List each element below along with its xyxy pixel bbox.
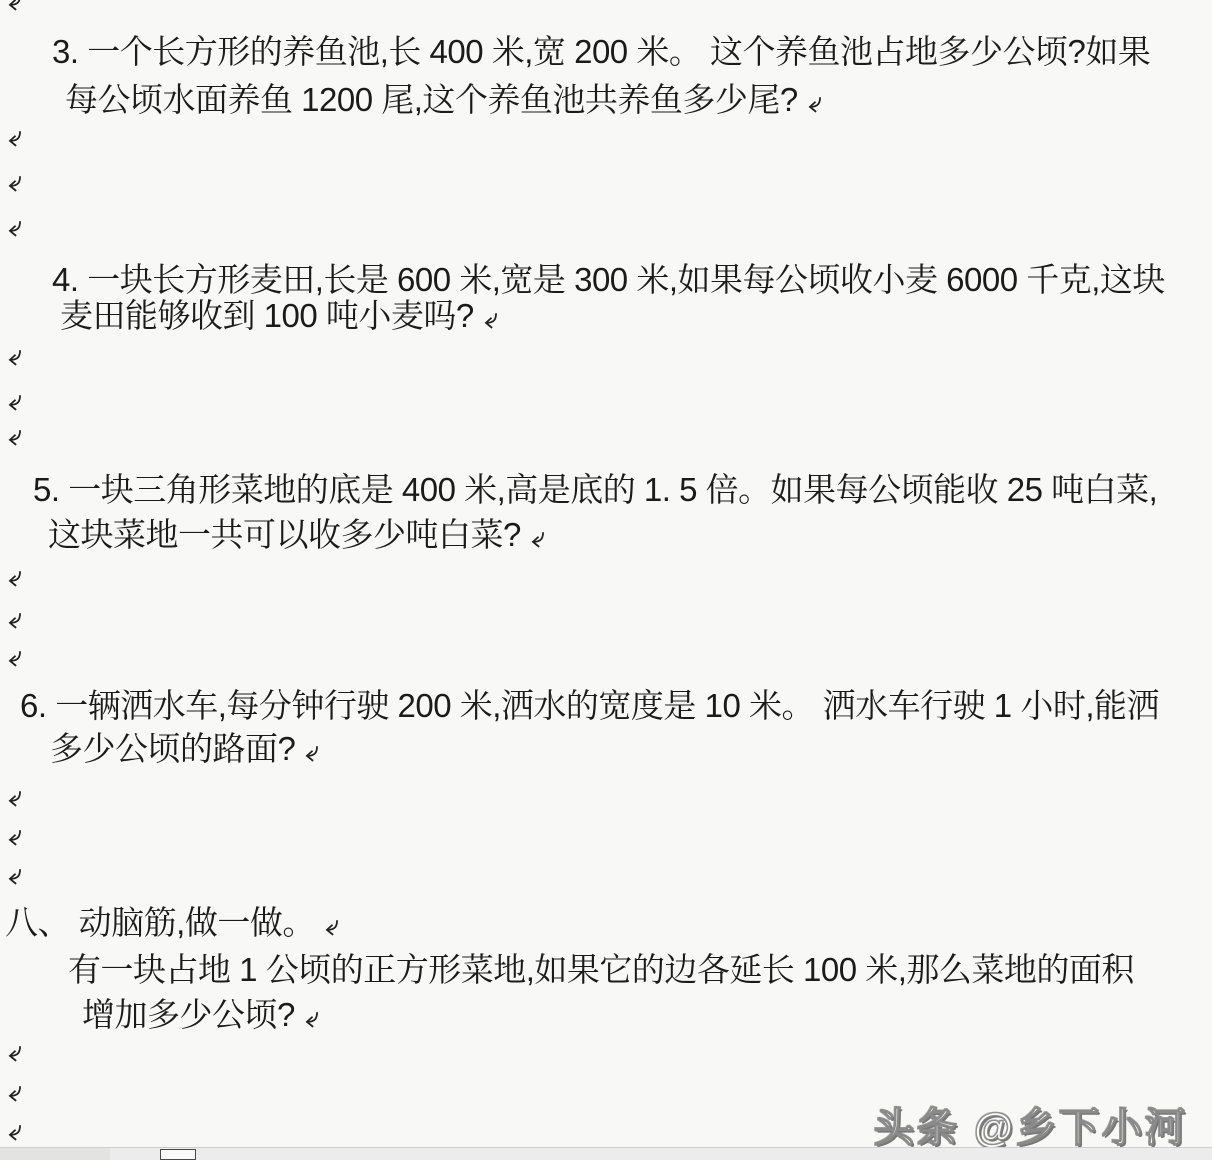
problem-4-line-2: 麦田能够收到 100 吨小麦吗?	[60, 293, 500, 339]
section-8-line-2: 增加多少公顷?	[82, 992, 321, 1038]
paragraph-mark-icon	[6, 427, 24, 447]
section-8-title-line: 八、 动脑筋,做一做。	[5, 900, 341, 946]
problem-6-text-1: 6. 一辆洒水车,每分钟行驶 200 米,洒水的宽度是 10 米。 洒水车行驶 …	[20, 687, 1159, 724]
problem-6-line-1: 6. 一辆洒水车,每分钟行驶 200 米,洒水的宽度是 10 米。 洒水车行驶 …	[20, 683, 1159, 729]
paragraph-mark-icon	[6, 568, 24, 588]
problem-5-line-2: 这块菜地一共可以收多少吨白菜?	[48, 512, 547, 558]
problem-3-line-1: 3. 一个长方形的养鱼池,长 400 米,宽 200 米。 这个养鱼池占地多少公…	[52, 29, 1150, 75]
paragraph-mark-icon	[6, 0, 24, 12]
section-8-text-2: 增加多少公顷?	[82, 996, 295, 1033]
paragraph-mark-icon	[6, 218, 24, 238]
problem-5-text-1: 5. 一块三角形菜地的底是 400 米,高是底的 1. 5 倍。如果每公顷能收 …	[33, 471, 1157, 508]
paragraph-mark-icon	[303, 1009, 321, 1029]
paragraph-mark-icon	[323, 917, 341, 937]
paragraph-mark-icon	[6, 610, 24, 630]
scrollbar-thumb[interactable]	[160, 1149, 196, 1160]
problem-3-text-2: 每公顷水面养鱼 1200 尾,这个养鱼池共养鱼多少尾?	[65, 81, 798, 118]
paragraph-mark-icon	[806, 94, 824, 114]
document-page: 3. 一个长方形的养鱼池,长 400 米,宽 200 米。 这个养鱼池占地多少公…	[0, 0, 1212, 1160]
paragraph-mark-icon	[482, 310, 500, 330]
paragraph-mark-icon	[6, 827, 24, 847]
paragraph-mark-icon	[6, 788, 24, 808]
paragraph-mark-icon	[6, 1122, 24, 1142]
watermark-text: 头条 @乡下小河	[874, 1096, 1188, 1153]
problem-5-text-2: 这块菜地一共可以收多少吨白菜?	[48, 516, 521, 553]
paragraph-mark-icon	[6, 392, 24, 412]
paragraph-mark-icon	[303, 743, 321, 763]
paragraph-mark-icon	[6, 1083, 24, 1103]
problem-3-text-1: 3. 一个长方形的养鱼池,长 400 米,宽 200 米。 这个养鱼池占地多少公…	[52, 33, 1150, 70]
horizontal-scrollbar[interactable]	[0, 1147, 1212, 1160]
problem-6-text-2: 多少公顷的路面?	[50, 730, 295, 767]
paragraph-mark-icon	[6, 1043, 24, 1063]
paragraph-mark-icon	[529, 529, 547, 549]
problem-5-line-1: 5. 一块三角形菜地的底是 400 米,高是底的 1. 5 倍。如果每公顷能收 …	[33, 467, 1157, 513]
problem-6-line-2: 多少公顷的路面?	[50, 726, 321, 772]
paragraph-mark-icon	[6, 648, 24, 668]
paragraph-mark-icon	[6, 866, 24, 886]
section-8-text-1: 有一块占地 1 公顷的正方形菜地,如果它的边各延长 100 米,那么菜地的面积	[68, 951, 1134, 988]
scrollbar-left-segment	[0, 1148, 110, 1160]
problem-4-text-2: 麦田能够收到 100 吨小麦吗?	[60, 297, 474, 334]
paragraph-mark-icon	[6, 347, 24, 367]
paragraph-mark-icon	[6, 128, 24, 148]
problem-3-line-2: 每公顷水面养鱼 1200 尾,这个养鱼池共养鱼多少尾?	[65, 77, 824, 123]
section-8-line-1: 有一块占地 1 公顷的正方形菜地,如果它的边各延长 100 米,那么菜地的面积	[68, 947, 1134, 993]
section-8-title: 八、 动脑筋,做一做。	[5, 904, 315, 941]
paragraph-mark-icon	[6, 173, 24, 193]
